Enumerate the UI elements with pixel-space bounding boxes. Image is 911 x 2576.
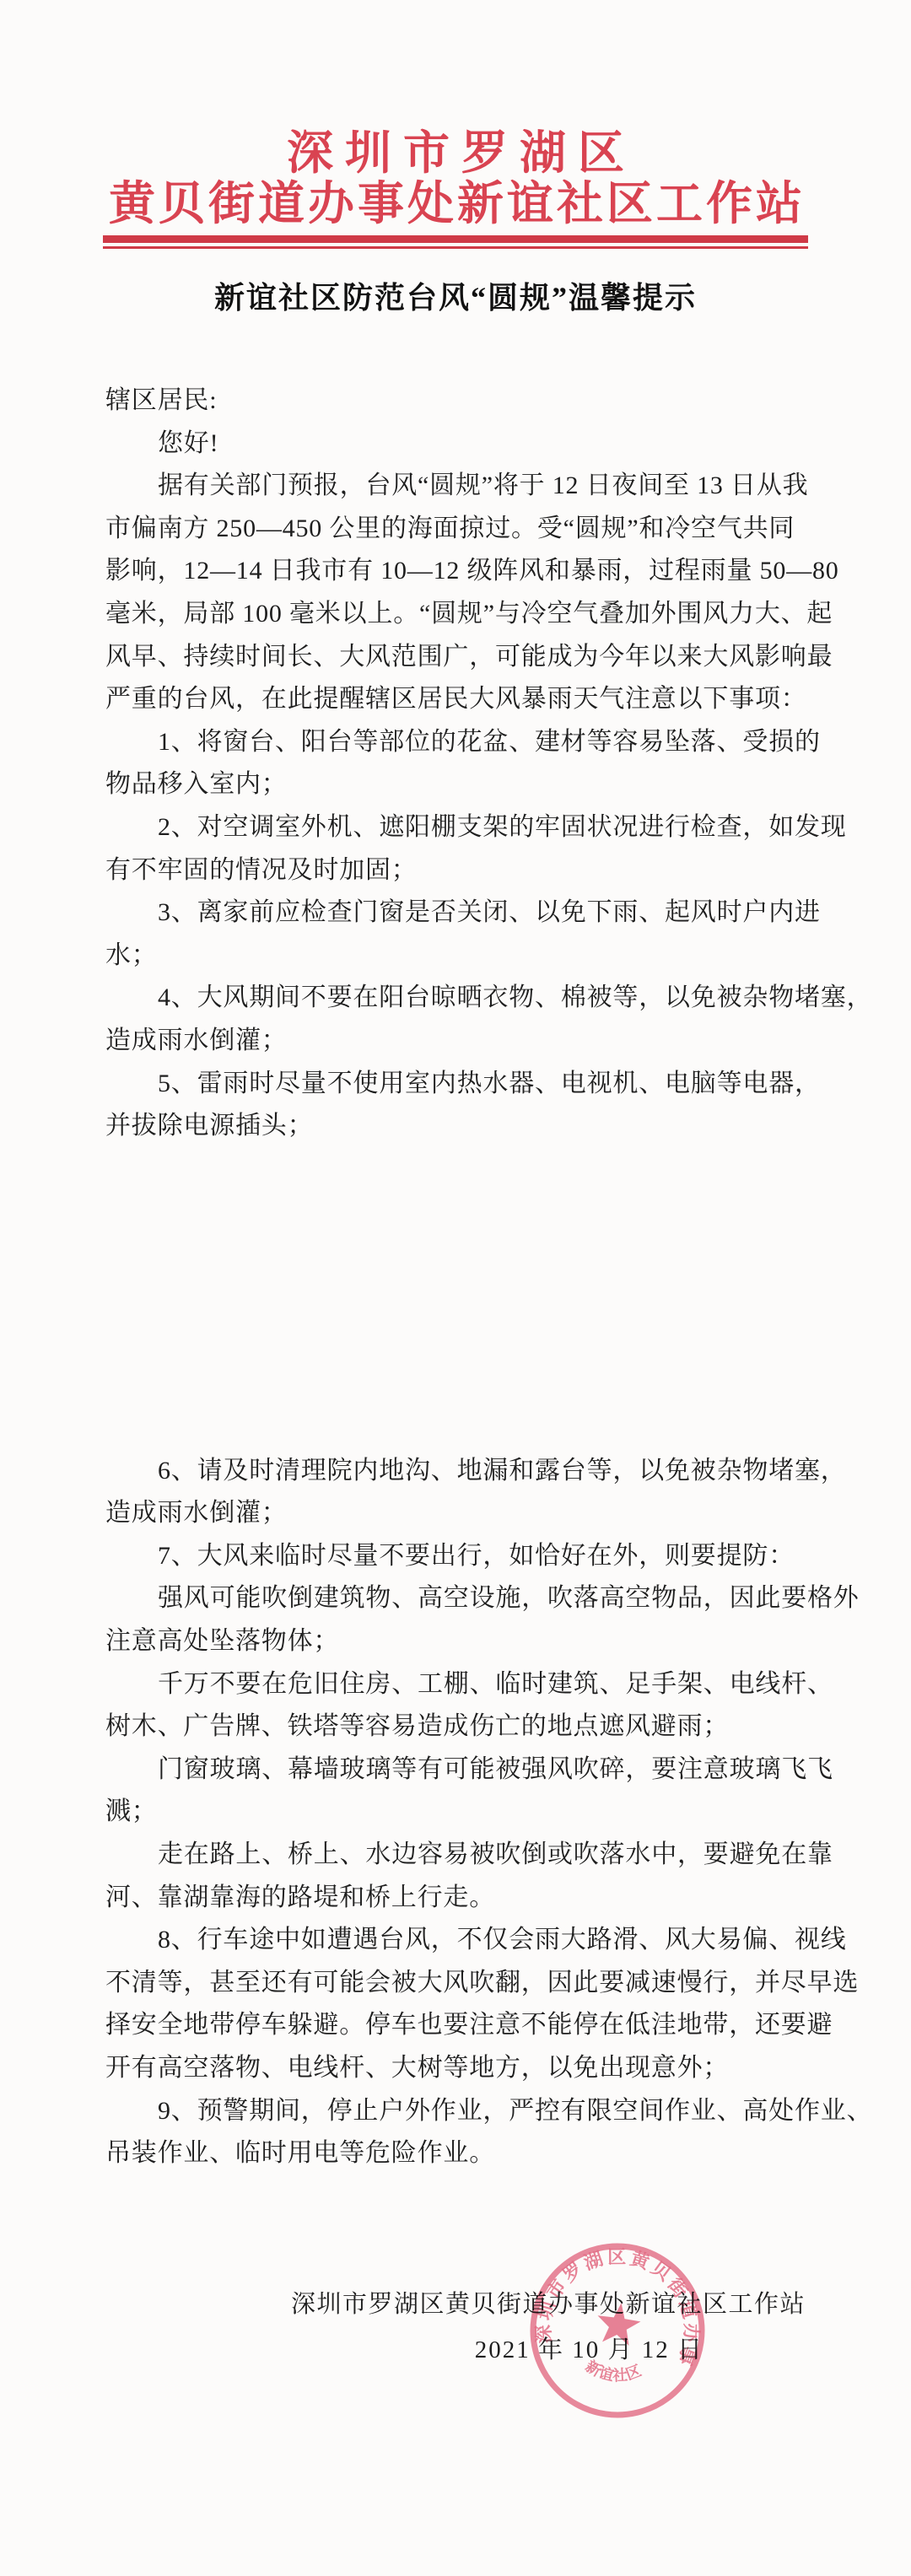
- org-header-line-2: 黄贝街道办事处新谊社区工作站: [0, 179, 911, 229]
- body-line: 您好!: [105, 423, 807, 466]
- red-divider-thick: [103, 235, 808, 243]
- body-line: 6、请及时清理院内地沟、地漏和露台等，以免被杂物堵塞，: [105, 1450, 807, 1493]
- red-divider-thin: [103, 246, 808, 249]
- official-seal: 深圳市罗湖区黄贝街道办事处 新谊社区工作站: [513, 2226, 722, 2435]
- salutation: 辖区居民:: [105, 380, 807, 423]
- body-line: 吊装作业、临时用电等危险作业。: [105, 2132, 807, 2175]
- notice-body: 辖区居民: 您好! 据有关部门预报，台风“圆规”将于 12 日夜间至 13 日从…: [105, 380, 807, 2175]
- community-notice-page: 深圳市罗湖区 黄贝街道办事处新谊社区工作站 新谊社区防范台风“圆规”温馨提示 辖…: [0, 0, 911, 2576]
- body-line: 走在路上、桥上、水边容易被吹倒或吹落水中，要避免在靠: [105, 1834, 807, 1877]
- body-line: 造成雨水倒灌；: [105, 1492, 807, 1535]
- svg-text:深圳市罗湖区黄贝街道办事处: 深圳市罗湖区黄贝街道办事处: [513, 2226, 717, 2369]
- body-line: 溅；: [105, 1791, 807, 1834]
- body-line: 河、靠湖靠海的路堤和桥上行走。: [105, 1877, 807, 1920]
- body-line: 择安全地带停车躲避。停车也要注意不能停在低洼地带，还要避: [105, 2004, 807, 2047]
- body-line: 强风可能吹倒建筑物、高空设施，吹落高空物品，因此要格外: [105, 1577, 807, 1620]
- seal-arc-text: 深圳市罗湖区黄贝街道办事处: [513, 2226, 717, 2369]
- body-line: 毫米，局部 100 毫米以上。“圆规”与冷空气叠加外围风力大、起: [105, 593, 807, 636]
- body-line: 树木、广告牌、铁塔等容易造成伤亡的地点遮风避雨；: [105, 1706, 807, 1749]
- body-line: 并拔除电源插头；: [105, 1105, 807, 1148]
- body-line: 造成雨水倒灌；: [105, 1020, 807, 1063]
- org-header-line-1: 深圳市罗湖区: [0, 128, 911, 179]
- seal-star: [594, 2300, 643, 2347]
- body-line: 千万不要在危旧住房、工棚、临时建筑、足手架、电线杆、: [105, 1663, 807, 1706]
- body-line: 风早、持续时间长、大风范围广，可能成为今年以来大风影响最: [105, 636, 807, 679]
- body-line: 4、大风期间不要在阳台晾晒衣物、棉被等，以免被杂物堵塞，: [105, 977, 807, 1020]
- body-line: 有不牢固的情况及时加固；: [105, 849, 807, 892]
- page-break-gap: [105, 1148, 807, 1450]
- body-line: 开有高空落物、电线杆、大树等地方，以免出现意外；: [105, 2047, 807, 2090]
- body-line: 严重的台风，在此提醒辖区居民大风暴雨天气注意以下事项：: [105, 678, 807, 721]
- body-line: 物品移入室内；: [105, 763, 807, 806]
- body-line: 3、离家前应检查门窗是否关闭、以免下雨、起风时户内进: [105, 892, 807, 935]
- body-line: 影响，12—14 日我市有 10—12 级阵风和暴雨，过程雨量 50—80: [105, 550, 807, 593]
- body-line: 9、预警期间，停止户外作业，严控有限空间作业、高处作业、: [105, 2090, 807, 2133]
- body-line: 7、大风来临时尽量不要出行，如恰好在外，则要提防：: [105, 1535, 807, 1578]
- body-line: 市偏南方 250—450 公里的海面掠过。受“圆规”和冷空气共同: [105, 508, 807, 551]
- notice-title: 新谊社区防范台风“圆规”温馨提示: [0, 280, 911, 315]
- body-line: 不清等，甚至还有可能会被大风吹翻，因此要减速慢行，并尽早选: [105, 1962, 807, 2005]
- body-line: 5、雷雨时尽量不使用室内热水器、电视机、电脑等电器，: [105, 1063, 807, 1106]
- body-line: 2、对空调室外机、遮阳棚支架的牢固状况进行检查，如发现: [105, 806, 807, 849]
- body-line: 注意高处坠落物体；: [105, 1620, 807, 1663]
- body-line: 1、将窗台、阳台等部位的花盆、建材等容易坠落、受损的: [105, 721, 807, 764]
- body-line: 水；: [105, 935, 807, 978]
- body-line: 8、行车途中如遭遇台风，不仅会雨大路滑、风大易偏、视线: [105, 1919, 807, 1962]
- body-line: 门窗玻璃、幕墙玻璃等有可能被强风吹碎，要注意玻璃飞飞: [105, 1749, 807, 1792]
- body-line: 据有关部门预报，台风“圆规”将于 12 日夜间至 13 日从我: [105, 465, 807, 508]
